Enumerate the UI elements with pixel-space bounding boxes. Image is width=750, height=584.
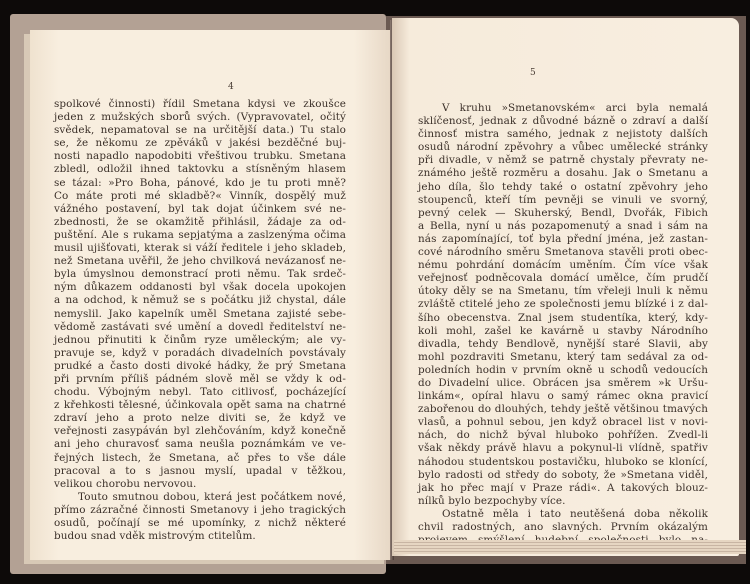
text-line: chvil radostných, ano slavných. Prvním o… — [418, 521, 708, 534]
text-line: prudké a často dosti divoké hádky, že pr… — [54, 360, 346, 373]
text-line: pracoval a to s jasnou myslí, upadal v t… — [54, 465, 346, 478]
text-line: osudů, počínají se mé upomínky, z nichž … — [54, 517, 346, 530]
text-line: nemyslil. Jako kapelník uměl Smetana zaj… — [54, 308, 346, 321]
text-line: Co máte proti mé skladbě?« Vinník, dospě… — [54, 190, 346, 203]
text-line: při prvním příliš pádném slově měl se vž… — [54, 373, 346, 386]
text-line: náhodou studentskou postavičku, hluboko … — [418, 456, 708, 469]
text-line: pravuje se, když v poradách divadelních … — [54, 347, 346, 360]
text-line: puštění. Ale s rukama sepjatýma a zaslze… — [54, 229, 346, 242]
text-line: řejných listech, že Smetana, ač přes to … — [54, 452, 346, 465]
text-line: jeho díla, šlo tehdy také o ostatní zpěv… — [418, 181, 708, 194]
text-line: jeden z mužských sborů svých. (Vypravova… — [54, 111, 346, 124]
text-line: osudů národní zpěvohry a vůbec umělecké … — [418, 141, 708, 154]
text-line: divadla, tehdy Bendlově, nynější staré S… — [418, 338, 708, 351]
text-line: nosti napadlo napodobiti vřeštivou trubk… — [54, 150, 346, 163]
text-line: a na odchod, k němuž se s počátku již ch… — [54, 294, 346, 307]
text-line: z křehkosti tělesné, účinkovala opět sam… — [54, 399, 346, 412]
text-line: stoupenců, kteří tím pevněji se vinuli v… — [418, 194, 708, 207]
text-line: linkám«, opíral hlavu o samý rámec okna … — [418, 390, 708, 403]
text-line: ným důkazem oddanosti byl však docela up… — [54, 281, 346, 294]
page-number: 4 — [228, 82, 234, 92]
text-line: činnosť mistra samého, jednak z nejistot… — [418, 128, 708, 141]
text-line: musil ujišťovati, kterak si váží ředitel… — [54, 242, 346, 255]
text-line: však někdy právě hlavu a pokynul-li vlíd… — [418, 442, 708, 455]
text-line: vážného postavení, byl tak dojat účinkem… — [54, 203, 346, 216]
text-line: velikou chorobu nervovou. — [54, 478, 346, 491]
text-line: zabořenou do dlouhých, tehdy ještě větši… — [418, 403, 708, 416]
text-line: koli mohl, zašel ke kavárně u stavby Nár… — [418, 325, 708, 338]
text-line: zbledl, odložil ihned taktovku a stísněn… — [54, 163, 346, 176]
text-line: svědek, nepamatoval se na určitější data… — [54, 124, 346, 137]
page-text-body: V kruhu »Smetanovském« arci byla nemalás… — [418, 102, 708, 547]
text-line: zvláště ctitelé jeho ze společnosti jemu… — [418, 298, 708, 311]
text-line: V kruhu »Smetanovském« arci byla nemalá — [418, 102, 708, 115]
right-page: 5 V kruhu »Smetanovském« arci byla nemal… — [392, 18, 739, 556]
text-line: známého ještě rozměru a dosahu. Jak o Sm… — [418, 167, 708, 180]
text-line: ani jeho churavosť sama neušla poznámkám… — [54, 438, 346, 451]
text-line: a Bella, nyní u nás pozapomenutý a snad … — [418, 220, 708, 233]
text-line: nách, do nichž býval hluboko pohřížen. Z… — [418, 429, 708, 442]
text-line: nás zapomínající, toť byla přední jména,… — [418, 233, 708, 246]
text-line: veřejnosti zasypáván byl zlehčováním, kd… — [54, 425, 346, 438]
page-text-body: spolkové činnosti) řídil Smetana kdysi v… — [54, 98, 346, 543]
text-line: Touto smutnou dobou, která jest počátkem… — [54, 491, 346, 504]
text-line: poledních hodin v prvním okně u schodů v… — [418, 364, 708, 377]
text-line: pevný celek — Skuherský, Bendl, Dvořák, … — [418, 207, 708, 220]
page-edges — [394, 540, 746, 554]
text-line: byla úmyslnou demonstrací proti němu. Ta… — [54, 268, 346, 281]
text-line: bylo radosti od středy do soboty, že »Sm… — [418, 469, 708, 482]
text-line: nílků bylo bezpochyby více. — [418, 495, 708, 508]
text-line: veřejnosť podněcovala domácí umělce, čím… — [418, 272, 708, 285]
text-line: zdraví jeho a proto nelze diviti se, že … — [54, 412, 346, 425]
text-line: útoky děly se na Smetanu, tím vřeleji ln… — [418, 285, 708, 298]
text-line: přímo zázračné činnosti Smetanovy i jeho… — [54, 504, 346, 517]
text-line: při divadle, v němž se patrně chystaly p… — [418, 154, 708, 167]
text-line: jak ho přec mají v Praze rádi«. A takový… — [418, 482, 708, 495]
page-number: 5 — [530, 68, 536, 78]
text-line: zbednosti, že se okamžitě přihlásil, žád… — [54, 216, 346, 229]
text-line: jednou přinutiti k činům ryze uměleckým;… — [54, 334, 346, 347]
text-line: Ostatně měla i tato neutěšená doba někol… — [418, 508, 708, 521]
text-line: vědomě zastávati své umění a dovedl ředi… — [54, 321, 346, 334]
text-line: chodu. Výbojným nebyl. Tato citlivosť, p… — [54, 386, 346, 399]
text-line: se tázal: »Pro Boha, pánové, kdo je tu p… — [54, 177, 346, 190]
text-line: cové národního směru Smetanova stavěli p… — [418, 246, 708, 259]
text-line: budou snad vděk mistrovým ctitelům. — [54, 530, 346, 543]
left-page: 4 spolkové činnosti) řídil Smetana kdysi… — [30, 30, 390, 560]
text-line: nému pohrdání domácím uměním. Čím více v… — [418, 259, 708, 272]
text-line: vlasů, a pohnul sebou, jen když obracel … — [418, 416, 708, 429]
text-line: mohl pozdraviti Smetanu, který tam sedáv… — [418, 351, 708, 364]
text-line: než Smetana uvěřil, že jeho chvilková ne… — [54, 255, 346, 268]
text-line: se, že někomu ze zpěváků v jakési bezděč… — [54, 137, 346, 150]
text-line: do Divadelní ulice. Obrácen jsa směrem »… — [418, 377, 708, 390]
text-line: sklíčenosť, jednak z důvodné bázně o zdr… — [418, 115, 708, 128]
text-line: šího obecenstva. Znal jsem studentíka, k… — [418, 312, 708, 325]
text-line: spolkové činnosti) řídil Smetana kdysi v… — [54, 98, 346, 111]
